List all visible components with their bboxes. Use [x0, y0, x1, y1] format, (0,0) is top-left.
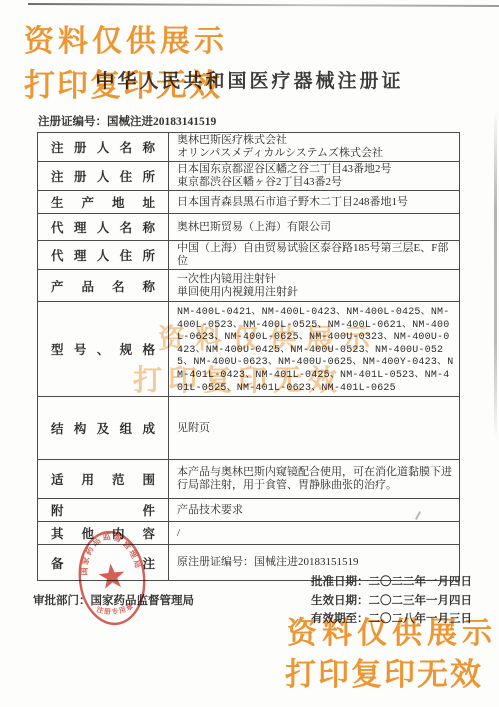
watermark-bottom-line1: 资料仅供展示 — [287, 608, 497, 652]
row-label-scope: 适用范围 — [38, 460, 169, 499]
row-value-product-name: 一次性内镜用注射针 単回使用内視鏡用注射針 — [169, 270, 460, 302]
watermark-middle-line1: 资料仅供展示 — [158, 317, 380, 356]
table-row: 结构及组成 见附页 — [38, 397, 460, 460]
official-seal: 国家药品监督管理局 注册专用章 — [71, 525, 153, 632]
svg-text:国家药品监督管理局: 国家药品监督管理局 — [74, 528, 143, 577]
row-value-agent-name: 奥林巴斯贸易（上海）有限公司 — [169, 214, 460, 241]
effective-date: 生效日期：二〇二三年一月四日 — [311, 592, 472, 608]
approval-date: 批准日期：二〇二二年一月四日 — [311, 573, 472, 589]
row-value-registrant-address: 日本国东京都涩谷区幡之谷二丁目43番地2号 東京都渋谷区幡ヶ谷2丁目43番2号 — [169, 162, 460, 191]
watermark-middle-line2: 打印复印无效 — [133, 358, 343, 399]
row-value-structure: 见附页 — [169, 397, 460, 460]
scan-edge-artifact-top — [28, 3, 499, 7]
row-value-attachment: 产品技术要求 — [169, 499, 460, 522]
svg-text:注册专用章: 注册专用章 — [95, 601, 136, 618]
table-row: 注册人住所 日本国东京都涩谷区幡之谷二丁目43番地2号 東京都渋谷区幡ヶ谷2丁目… — [38, 162, 460, 191]
seal-org-text: 国家药品监督管理局 — [74, 528, 143, 577]
row-value-production-address: 日本国青森县黑石市追子野木二丁目248番地1号 — [169, 191, 460, 214]
row-label-agent-name: 代理人名称 — [38, 214, 169, 241]
row-label-production-address: 生产地址 — [38, 191, 169, 214]
table-row: 代理人住所 中国（上海）自由贸易试验区泰谷路185号第三层E、F部位 — [38, 241, 460, 270]
table-row: 注册人名称 奥林巴斯医疗株式会社 オリンパスメディカルシステムズ株式会社 — [38, 133, 460, 162]
row-value-agent-address: 中国（上海）自由贸易试验区泰谷路185号第三层E、F部位 — [169, 241, 460, 270]
row-label-agent-address: 代理人住所 — [38, 241, 169, 270]
row-value-scope: 本产品与奥林巴斯内窥镜配合使用，可在消化道黏膜下进行局部注射，用于食管、胃静脉曲… — [169, 460, 460, 499]
row-label-product-name: 产品名称 — [38, 270, 169, 302]
seal-star-icon — [98, 562, 126, 589]
watermark-top-line1: 资料仅供展示 — [24, 16, 228, 60]
scan-edge-artifact-right — [494, 110, 497, 440]
table-row: 生产地址 日本国青森县黑石市追子野木二丁目248番地1号 — [38, 191, 460, 214]
certificate-number: 注册证编号：国械注进20183141519 — [38, 113, 216, 129]
table-row: 适用范围 本产品与奥林巴斯内窥镜配合使用，可在消化道黏膜下进行局部注射，用于食管… — [38, 460, 460, 499]
seal-type-text: 注册专用章 — [95, 601, 136, 618]
table-row: 代理人名称 奥林巴斯贸易（上海）有限公司 — [38, 214, 460, 241]
table-row: 附件 产品技术要求 — [38, 499, 460, 522]
row-label-attachment: 附件 — [38, 499, 169, 522]
row-value-registrant-name: 奥林巴斯医疗株式会社 オリンパスメディカルシステムズ株式会社 — [169, 133, 460, 162]
certificate-table: 注册人名称 奥林巴斯医疗株式会社 オリンパスメディカルシステムズ株式会社 注册人… — [37, 132, 460, 581]
certificate-page: 中华人民共和国医疗器械注册证 注册证编号：国械注进20183141519 注册人… — [0, 0, 499, 707]
row-label-structure: 结构及组成 — [38, 397, 169, 460]
table-row: 产品名称 一次性内镜用注射针 単回使用内視鏡用注射針 — [38, 270, 460, 302]
row-value-other: / — [169, 522, 460, 545]
watermark-top-line2: 打印复印无效 — [24, 60, 222, 105]
row-label-registrant-name: 注册人名称 — [38, 133, 169, 162]
row-label-registrant-address: 注册人住所 — [38, 162, 169, 191]
watermark-bottom-line2: 打印复印无效 — [285, 649, 483, 694]
